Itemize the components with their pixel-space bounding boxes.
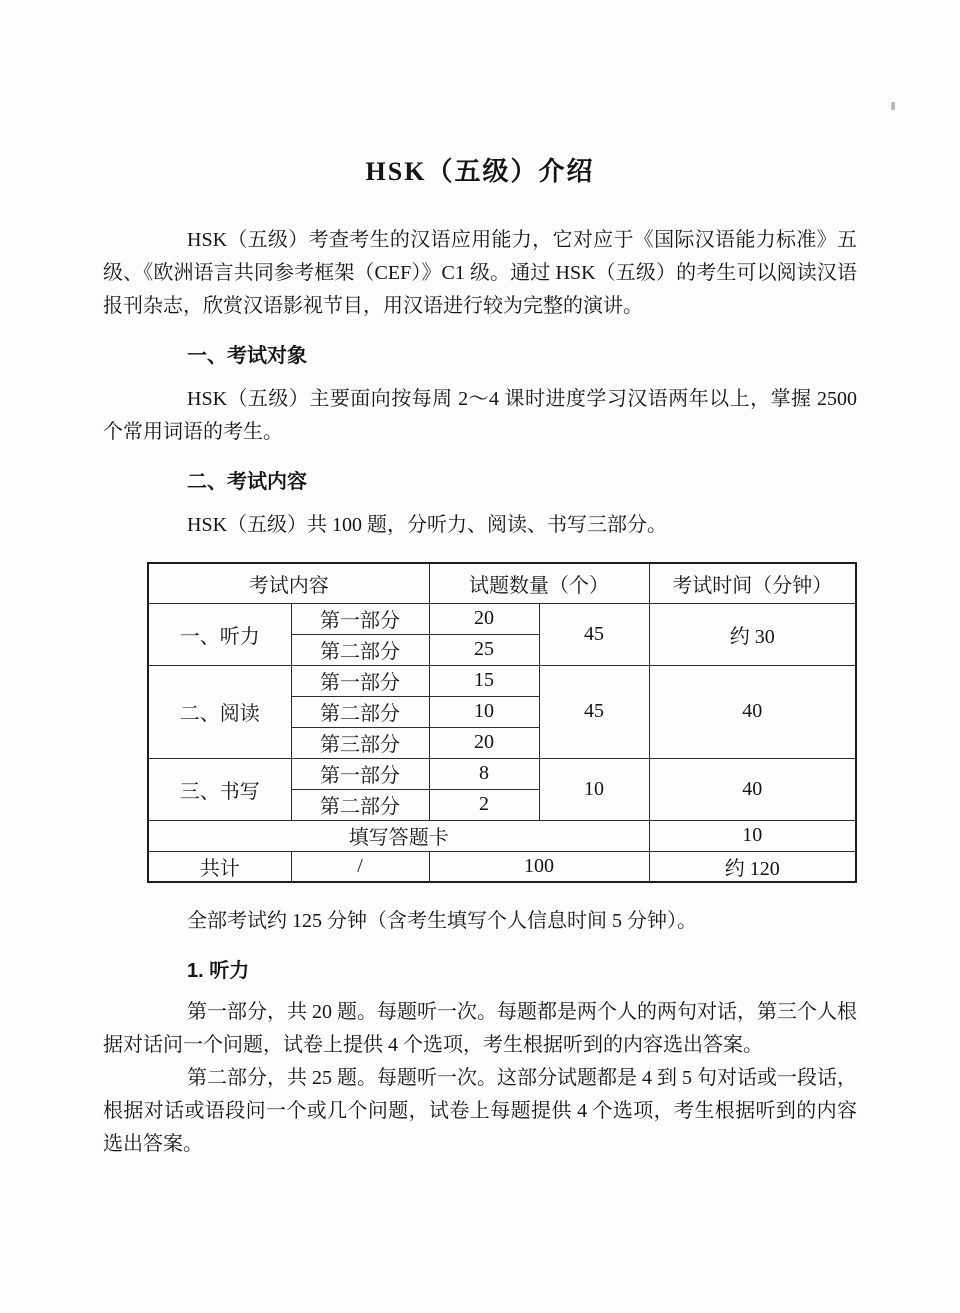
total-time-cell: 约 120: [649, 851, 856, 882]
total-label-cell: 共计: [148, 851, 291, 882]
table-header-row: 考试内容 试题数量（个） 考试时间（分钟）: [148, 563, 856, 603]
total-row: 共计 / 100 约 120: [148, 851, 856, 882]
writing-count1-cell: 8: [429, 758, 539, 789]
reading-part2-cell: 第二部分: [291, 696, 429, 727]
listening-category-cell: 一、听力: [148, 603, 291, 665]
listening-part1-cell: 第一部分: [291, 603, 429, 634]
writing-part1-cell: 第一部分: [291, 758, 429, 789]
listening-count1-cell: 20: [429, 603, 539, 634]
header-content-cell: 考试内容: [148, 563, 429, 603]
intro-paragraph: HSK（五级）考查考生的汉语应用能力，它对应于《国际汉语能力标准》五级、《欧洲语…: [103, 224, 857, 323]
reading-count1-cell: 15: [429, 665, 539, 696]
scan-artifact: [891, 102, 895, 110]
section-2-body: HSK（五级）共 100 题，分听力、阅读、书写三部分。: [103, 509, 857, 542]
answer-card-label-cell: 填写答题卡: [148, 820, 649, 851]
page-title: HSK（五级）介绍: [103, 152, 857, 192]
section-1-heading: 一、考试对象: [187, 341, 857, 371]
reading-part1-cell: 第一部分: [291, 665, 429, 696]
section-2-heading: 二、考试内容: [187, 467, 857, 497]
listening-part2-cell: 第二部分: [291, 634, 429, 665]
listening-paragraph-1: 第一部分，共 20 题。每题听一次。每题都是两个人的两句对话，第三个人根据对话问…: [103, 996, 857, 1062]
writing-total-cell: 10: [539, 758, 649, 820]
listening-time-cell: 约 30: [649, 603, 856, 665]
total-parts-cell: /: [291, 851, 429, 882]
table-row: 三、书写 第一部分 8 10 40: [148, 758, 856, 789]
writing-category-cell: 三、书写: [148, 758, 291, 820]
writing-count2-cell: 2: [429, 789, 539, 820]
writing-part2-cell: 第二部分: [291, 789, 429, 820]
reading-category-cell: 二、阅读: [148, 665, 291, 758]
document-page: HSK（五级）介绍 HSK（五级）考查考生的汉语应用能力，它对应于《国际汉语能力…: [0, 0, 960, 1313]
total-count-cell: 100: [429, 851, 649, 882]
writing-time-cell: 40: [649, 758, 856, 820]
reading-part3-cell: 第三部分: [291, 727, 429, 758]
table-row: 一、听力 第一部分 20 45 约 30: [148, 603, 856, 634]
reading-total-cell: 45: [539, 665, 649, 758]
listening-count2-cell: 25: [429, 634, 539, 665]
total-duration-note: 全部考试约 125 分钟（含考生填写个人信息时间 5 分钟）。: [103, 905, 857, 938]
reading-count2-cell: 10: [429, 696, 539, 727]
reading-time-cell: 40: [649, 665, 856, 758]
header-time-cell: 考试时间（分钟）: [649, 563, 856, 603]
listening-paragraph-2: 第二部分，共 25 题。每题听一次。这部分试题都是 4 到 5 句对话或一段话，…: [103, 1062, 857, 1161]
listening-section-heading: 1. 听力: [187, 956, 857, 986]
table-row: 二、阅读 第一部分 15 45 40: [148, 665, 856, 696]
header-quantity-cell: 试题数量（个）: [429, 563, 649, 603]
answer-card-row: 填写答题卡 10: [148, 820, 856, 851]
answer-card-time-cell: 10: [649, 820, 856, 851]
section-1-body: HSK（五级）主要面向按每周 2～4 课时进度学习汉语两年以上，掌握 2500 …: [103, 383, 857, 449]
listening-total-cell: 45: [539, 603, 649, 665]
exam-structure-table: 考试内容 试题数量（个） 考试时间（分钟） 一、听力 第一部分 20 45 约 …: [147, 562, 857, 883]
reading-count3-cell: 20: [429, 727, 539, 758]
